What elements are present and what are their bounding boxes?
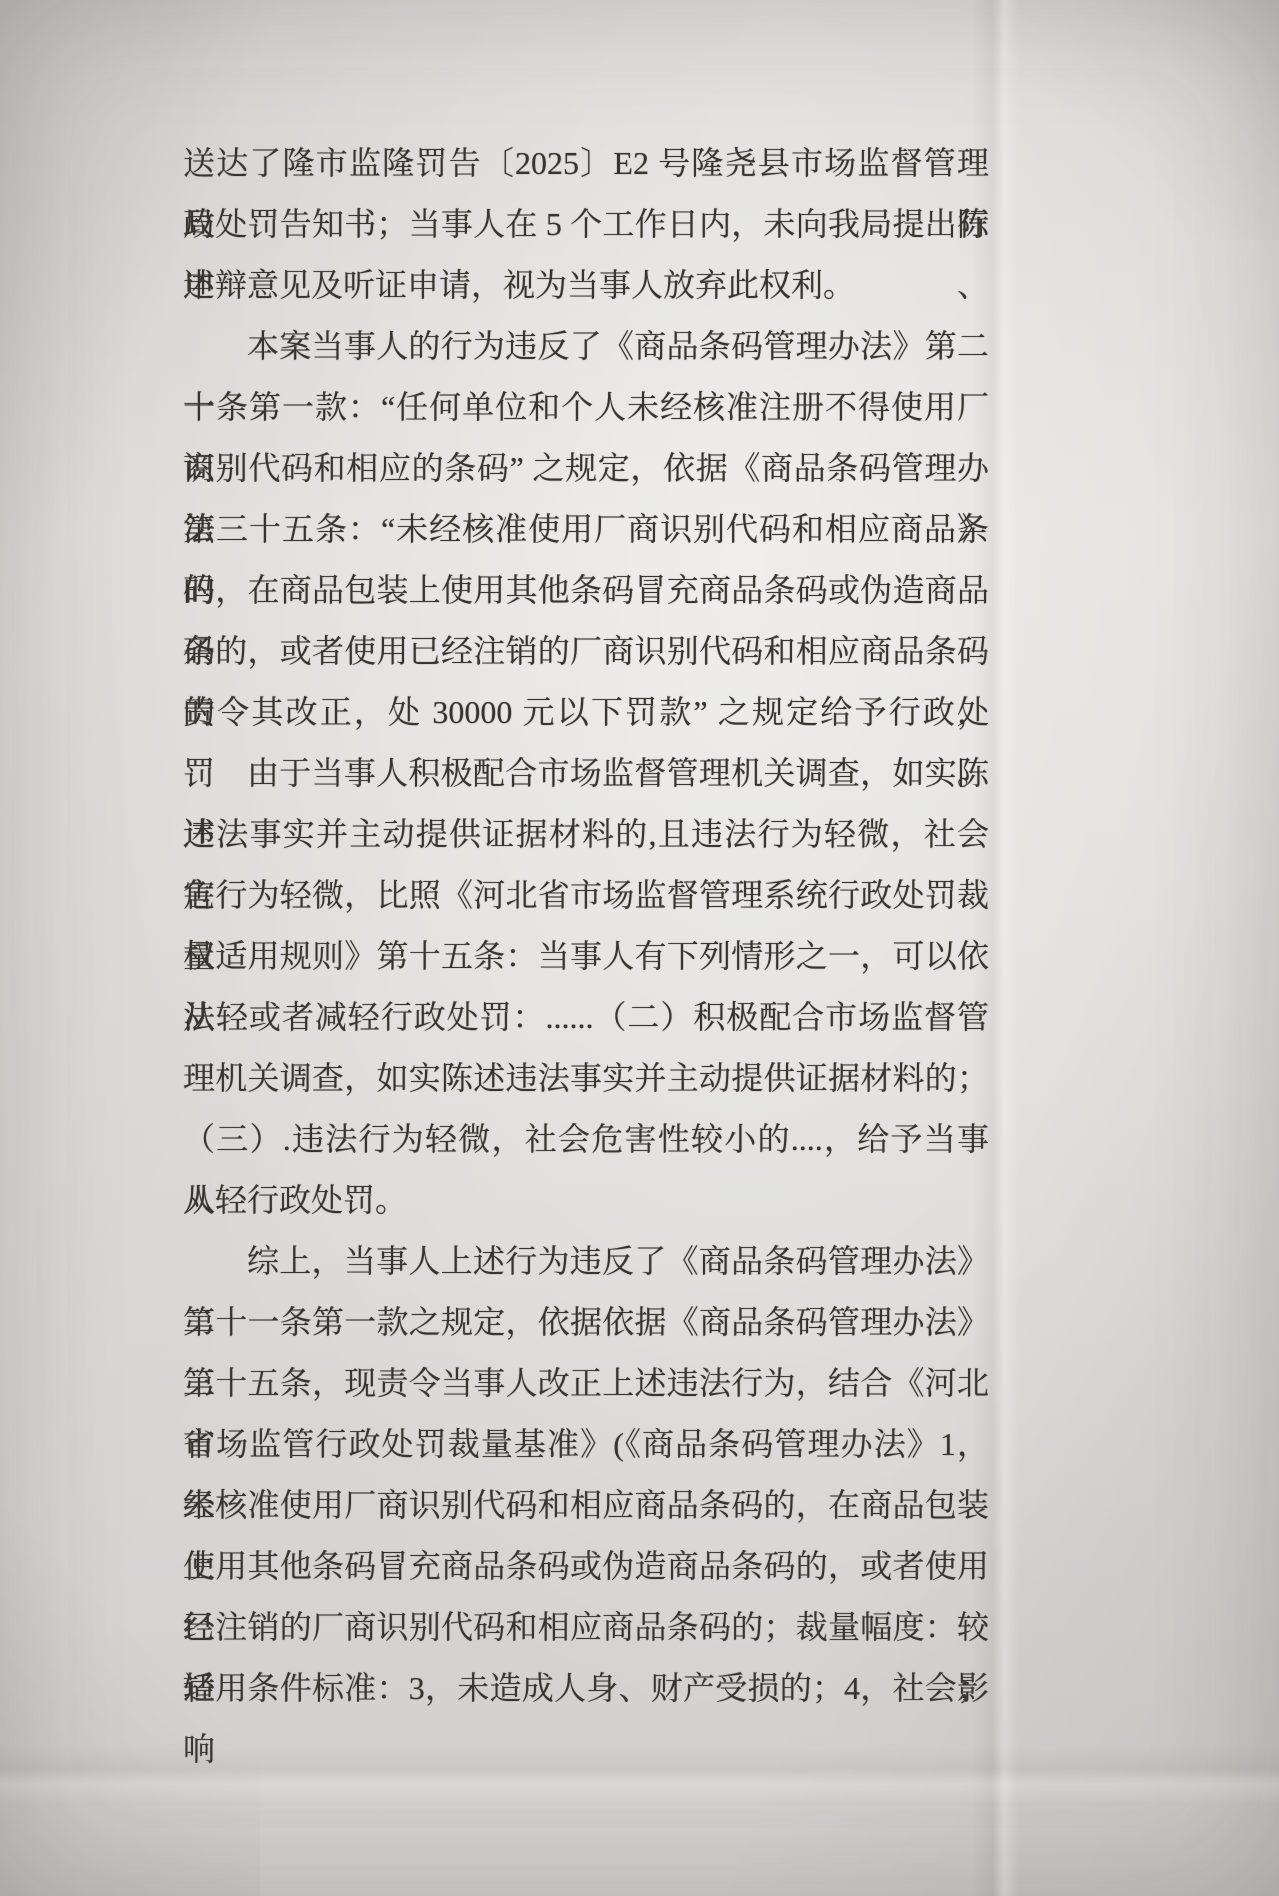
text-line: 识别代码和相应的条码” 之规定，依据《商品条码管理办法》 <box>183 438 989 499</box>
text-line: 从轻行政处罚。 <box>183 1170 989 1231</box>
text-line: 市场监管行政处罚裁量基准》(《商品条码管理办法》1，未 <box>183 1414 989 1475</box>
text-line: 经注销的厂商识别代码和相应商品条码的；裁量幅度：较轻； <box>183 1597 989 1658</box>
text-line: 二十一条第一款之规定，依据依据《商品条码管理办法》第 <box>183 1292 989 1353</box>
text-line: 经核准使用厂商识别代码和相应商品条码的，在商品包装上 <box>183 1475 989 1536</box>
text-line: 理机关调查，如实陈述违法事实并主动提供证据材料的； <box>183 1048 989 1109</box>
text-line: 一条第一款：“任何单位和个人未经核准注册不得使用厂商 <box>183 377 989 438</box>
text-line: 使用其他条码冒充商品条码或伪造商品条码的，或者使用已 <box>183 1536 989 1597</box>
text-line: 的，在商品包装上使用其他条码冒充商品条码或伪造商品条 <box>183 560 989 621</box>
text-line: 码的，或者使用已经注销的厂商识别代码和相应商品条码的， <box>183 621 989 682</box>
text-line: 权适用规则》第十五条：当事人有下列情形之一，可以依法 <box>183 926 989 987</box>
paper-corner-shadow <box>959 0 1279 240</box>
text-line: 三十五条，现责令当事人改正上述违法行为，结合《河北省 <box>183 1353 989 1414</box>
text-line: 综上，当事人上述行为违反了《商品条码管理办法》第 <box>183 1231 989 1292</box>
text-line: 适用条件标准：3，未造成人身、财产受损的；4，社会影响 <box>183 1658 989 1719</box>
text-line: （三）.违法行为轻微，社会危害性较小的....，给予当事人 <box>183 1109 989 1170</box>
text-line: 本案当事人的行为违反了《商品条码管理办法》第二十 <box>183 316 989 377</box>
text-line: 违法事实并主动提供证据材料的,且违法行为轻微，社会危 <box>183 804 989 865</box>
text-line: 政处罚告知书；当事人在 5 个工作日内，未向我局提出陈述、 <box>183 194 989 255</box>
text-line: 害行为轻微，比照《河北省市场监督管理系统行政处罚裁量 <box>183 865 989 926</box>
text-line: 送达了隆市监隆罚告〔2025〕E2 号隆尧县市场监督管理局行 <box>183 133 989 194</box>
text-line: 从轻或者减轻行政处罚：......（二）积极配合市场监督管 <box>183 987 989 1048</box>
photographed-paper-page: 送达了隆市监隆罚告〔2025〕E2 号隆尧县市场监督管理局行政处罚告知书；当事人… <box>0 0 1279 1896</box>
text-line: 第三十五条：“未经核准使用厂商识别代码和相应商品条码 <box>183 499 989 560</box>
text-line: 由于当事人积极配合市场监督管理机关调查，如实陈述 <box>183 743 989 804</box>
document-body-text: 送达了隆市监隆罚告〔2025〕E2 号隆尧县市场监督管理局行政处罚告知书；当事人… <box>183 133 989 1719</box>
text-line: 责令其改正，处 30000 元以下罚款” 之规定给予行政处罚。 <box>183 682 989 743</box>
